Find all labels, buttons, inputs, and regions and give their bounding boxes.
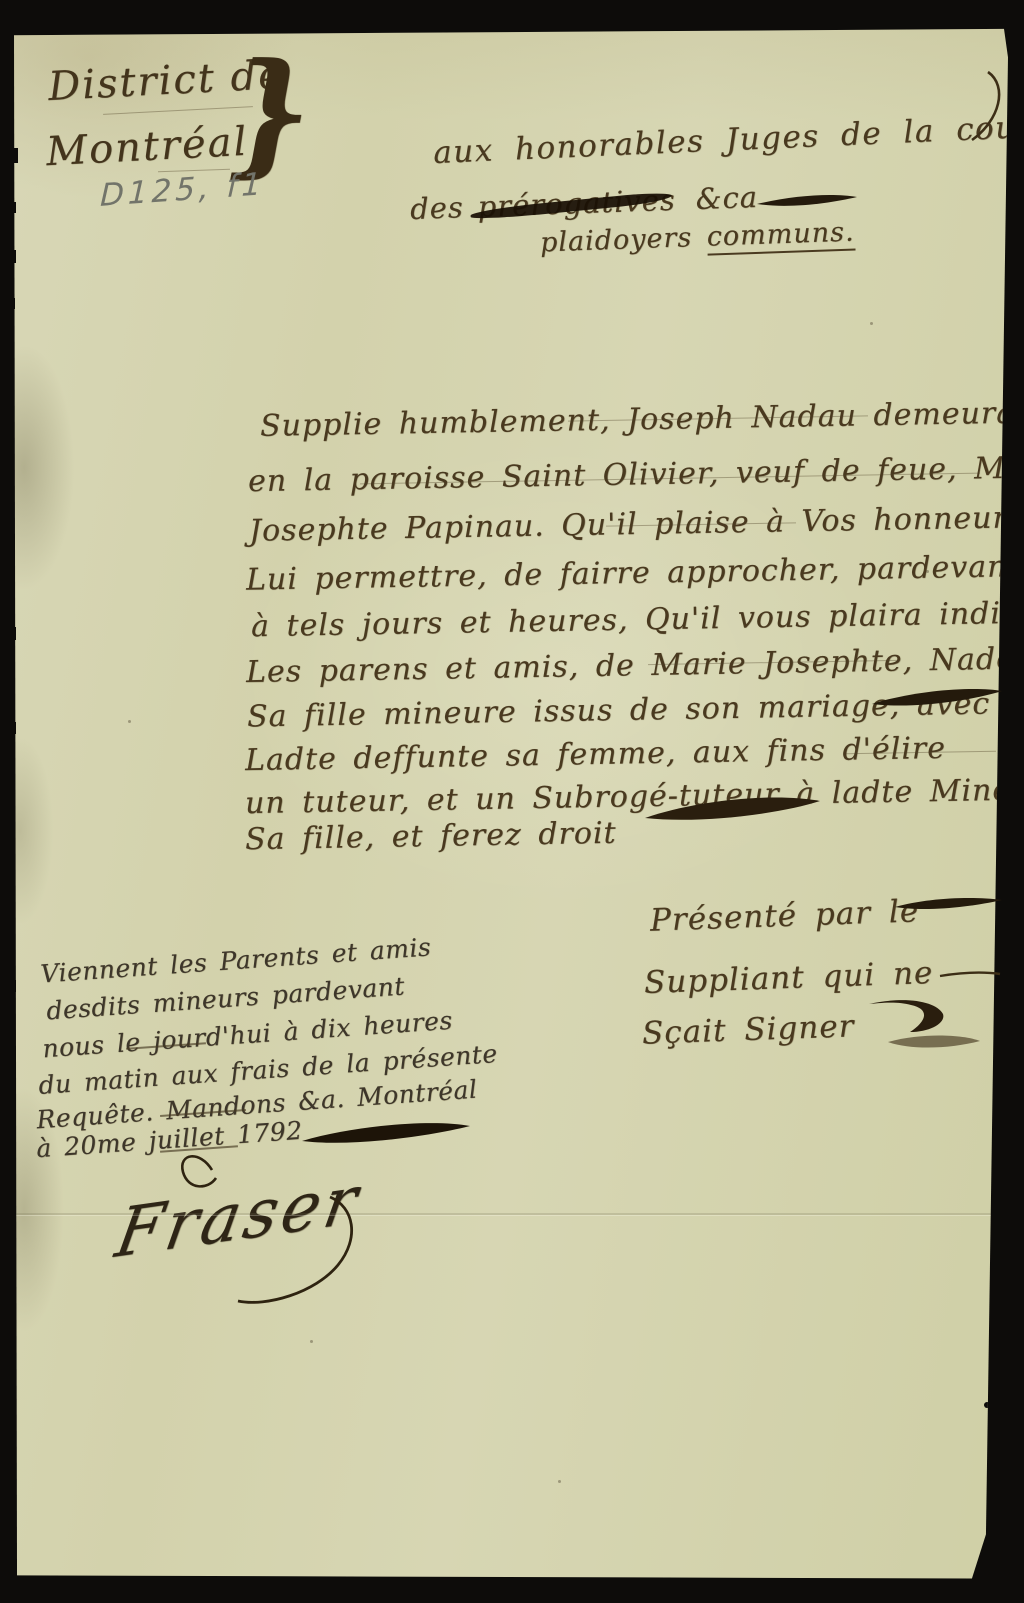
petition-line: Lui permettre, de fairre approcher, pard… [246, 547, 1010, 597]
paper-speck [558, 1480, 561, 1483]
presentation-line: Sçait Signer [641, 1008, 855, 1051]
paper-speck [310, 1340, 313, 1343]
district-brace: } [230, 48, 311, 175]
presentation-line: Suppliant qui ne [643, 955, 933, 1001]
address-line2: desprérogatives&ca [410, 180, 759, 226]
address-struck-word: prérogatives [477, 183, 676, 224]
petition-line: un tuteur, et un Subrogé-tuteur à ladte … [245, 772, 1010, 821]
petition-line: Sa fille, et ferez droit [245, 816, 617, 857]
scan-edge-notch [6, 627, 16, 640]
scan-edge-notch [6, 250, 16, 263]
fold-crease-highlight [8, 1215, 1010, 1216]
scan-edge-notch [6, 722, 16, 734]
district-heading-line2: Montréal [45, 119, 249, 176]
address-inserted-correction: plaidoyers communs. [540, 217, 855, 259]
scan-edge-notch [6, 202, 16, 213]
address-line1: aux honorables Juges de la cour [433, 109, 1010, 171]
address-line2-prefix: des [410, 190, 465, 226]
judge-signature: Fraser [110, 1160, 367, 1274]
scan-edge-notch [6, 298, 15, 309]
paper-speck [128, 720, 131, 723]
scan-edge-notch [6, 148, 18, 163]
scan-edge-notch [6, 980, 16, 992]
archive-reference-pencil: D125, f1 [100, 166, 266, 214]
petition-line: Les parens et amis, de Marie Josephte, N… [246, 641, 1010, 690]
address-etcetera: &ca [695, 180, 759, 216]
manuscript-page: District de Montréal } D125, f1 aux hono… [8, 10, 1010, 1588]
document-scan: { "document": { "district": { "line1": "… [0, 0, 1024, 1603]
petition-line: à tels jours et heures, Qu'il vous plair… [251, 595, 1010, 645]
edge-speck [984, 1402, 990, 1408]
petition-line: Sa fille mineure issus de son mariage, a… [247, 687, 991, 735]
presentation-line: Présenté par le [649, 893, 919, 938]
paper-speck [926, 570, 929, 573]
inserted-word2: communs. [706, 217, 855, 256]
petition-line: Ladte deffunte sa femme, aux fins d'élir… [245, 731, 947, 778]
inserted-word1: plaidoyers [540, 222, 693, 258]
paper-speck [870, 322, 873, 325]
